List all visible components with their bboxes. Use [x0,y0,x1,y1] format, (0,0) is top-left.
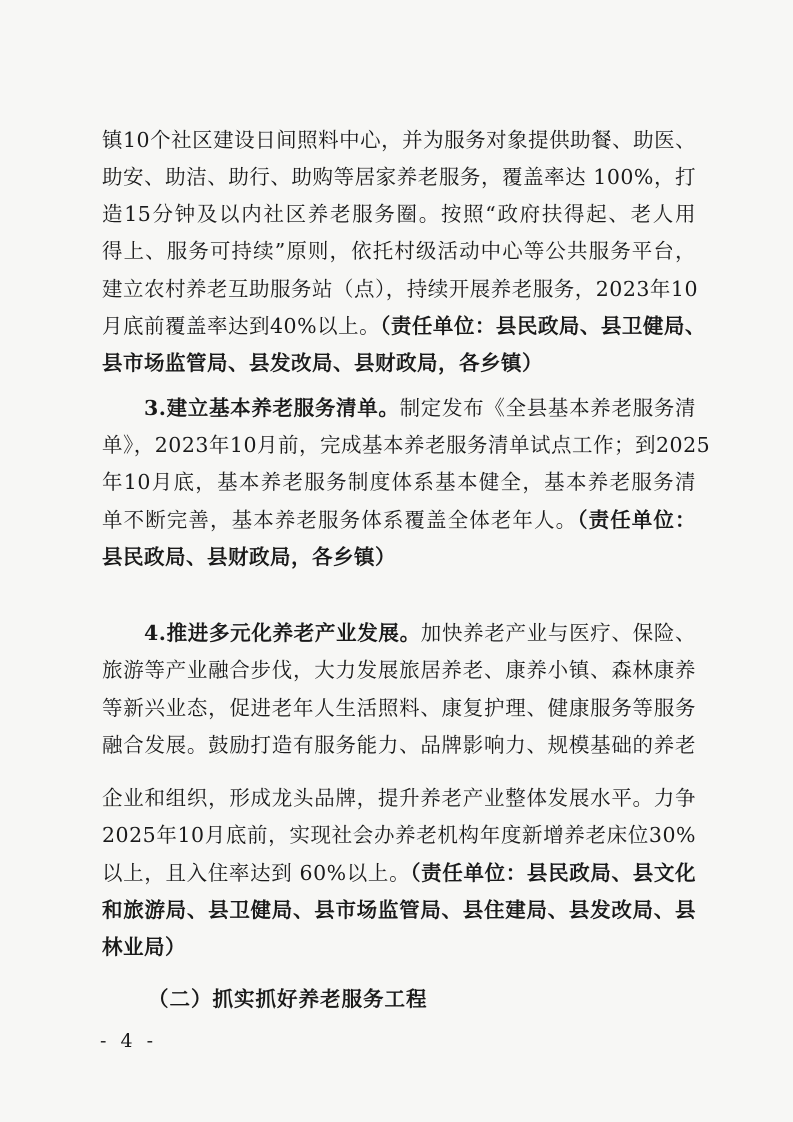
section-heading: （二）抓实抓好养老服务工程 [148,984,428,1014]
text-line: 得上、服务可持续”原则，依托村级活动中心等公共服务平台， [102,236,696,266]
text-normal: 加快养老产业与医疗、保险、 [421,621,696,645]
text-line: 单》，2023年10月前，完成基本养老服务清单试点工作；到2025 [102,430,696,460]
text-line: 单不断完善，基本养老服务体系覆盖全体老年人。（责任单位： [102,505,696,535]
responsible-units: 和旅游局、县卫健局、县市场监管局、县住建局、县发改局、县 [102,895,696,925]
responsible-units: （责任单位： [577,508,696,532]
document-page: 镇10个社区建设日间照料中心，并为服务对象提供助餐、助医、 助安、助洁、助行、助… [0,0,793,1122]
item-title: 3.建立基本养老服务清单。 [144,396,400,420]
responsible-units: 林业局） [102,932,696,962]
text-line: 镇10个社区建设日间照料中心，并为服务对象提供助餐、助医、 [102,125,696,155]
responsible-units: 县市场监管局、县发改局、县财政局，各乡镇） [102,348,696,378]
text-line: 4.推进多元化养老产业发展。加快养老产业与医疗、保险、 [102,618,696,648]
text-line: 造15分钟及以内社区养老服务圈。按照“政府扶得起、老人用 [102,199,696,229]
text-normal: 以上，且入住率达到 60%以上。 [102,861,410,885]
text-line: 以上，且入住率达到 60%以上。（责任单位：县民政局、县文化 [102,858,696,888]
item-title: 4.推进多元化养老产业发展。 [144,621,421,645]
page-number: - 4 - [100,1030,157,1052]
text-line: 月底前覆盖率达到40%以上。（责任单位：县民政局、县卫健局、 [102,311,696,341]
text-line: 企业和组织，形成龙头品牌，提升养老产业整体发展水平。力争 [102,783,696,813]
text-line: 2025年10月底前，实现社会办养老机构年度新增养老床位30% [102,820,696,850]
responsible-units: 县民政局、县财政局，各乡镇） [102,542,696,572]
text-line: 旅游等产业融合步伐，大力发展旅居养老、康养小镇、森林康养 [102,655,696,685]
text-line: 等新兴业态，促进老年人生活照料、康复护理、健康服务等服务 [102,693,696,723]
text-normal: 月底前覆盖率达到40%以上。 [102,314,380,338]
text-line: 建立农村养老互助服务站（点），持续开展养老服务，2023年10 [102,274,696,304]
text-line: 年10月底，基本养老服务制度体系基本健全，基本养老服务清 [102,467,696,497]
responsible-units: （责任单位：县民政局、县卫健局、 [380,314,706,338]
text-line: 助安、助洁、助行、助购等居家养老服务，覆盖率达 100%，打 [102,162,696,192]
responsible-units: （责任单位：县民政局、县文化 [410,861,696,885]
text-normal: 制定发布《全县基本养老服务清 [400,396,696,420]
text-line: 融合发展。鼓励打造有服务能力、品牌影响力、规模基础的养老 [102,730,696,760]
text-line: 3.建立基本养老服务清单。制定发布《全县基本养老服务清 [102,393,696,423]
text-normal: 单不断完善，基本养老服务体系覆盖全体老年人。 [102,508,577,532]
